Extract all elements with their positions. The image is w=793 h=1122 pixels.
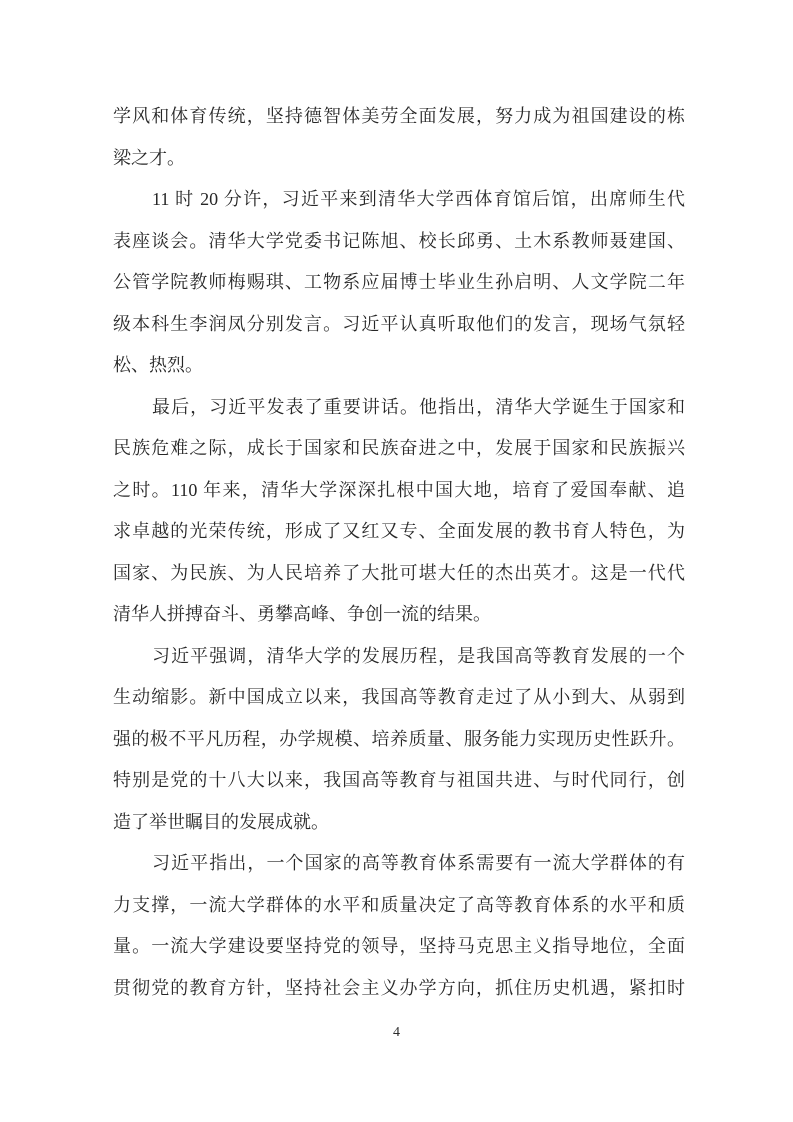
text-line: 求卓越的光荣传统，形成了又红又专、全面发展的教书育人特色，为 (113, 511, 685, 553)
text-line: 松、热烈。 (113, 345, 685, 387)
page-number: 4 (0, 1023, 793, 1043)
text-line: 梁之才。 (113, 138, 685, 180)
text-line: 贯彻党的教育方针，坚持社会主义办学方向，抓住历史机遇，紧扣时 (113, 968, 685, 1010)
text-line: 学风和体育传统，坚持德智体美劳全面发展，努力成为祖国建设的栋 (113, 96, 685, 138)
paragraph: 学风和体育传统，坚持德智体美劳全面发展，努力成为祖国建设的栋梁之才。 (113, 96, 685, 179)
document-body: 学风和体育传统，坚持德智体美劳全面发展，努力成为祖国建设的栋梁之才。11 时 2… (113, 96, 685, 1009)
text-line: 习近平强调，清华大学的发展历程，是我国高等教育发展的一个 (113, 636, 685, 678)
text-line: 表座谈会。清华大学党委书记陈旭、校长邱勇、土木系教师聂建国、 (113, 221, 685, 263)
paragraph: 习近平指出，一个国家的高等教育体系需要有一流大学群体的有力支撑，一流大学群体的水… (113, 843, 685, 1009)
text-line: 最后，习近平发表了重要讲话。他指出，清华大学诞生于国家和 (113, 387, 685, 429)
text-line: 造了举世瞩目的发展成就。 (113, 802, 685, 844)
text-line: 强的极不平凡历程，办学规模、培养质量、服务能力实现历史性跃升。 (113, 719, 685, 761)
paragraph: 最后，习近平发表了重要讲话。他指出，清华大学诞生于国家和民族危难之际，成长于国家… (113, 387, 685, 636)
text-line: 国家、为民族、为人民培养了大批可堪大任的杰出英才。这是一代代 (113, 553, 685, 595)
text-line: 力支撑，一流大学群体的水平和质量决定了高等教育体系的水平和质 (113, 885, 685, 927)
text-line: 级本科生李润凤分别发言。习近平认真听取他们的发言，现场气氛轻 (113, 304, 685, 346)
text-line: 公管学院教师梅赐琪、工物系应届博士毕业生孙启明、人文学院二年 (113, 262, 685, 304)
text-line: 民族危难之际，成长于国家和民族奋进之中，发展于国家和民族振兴 (113, 428, 685, 470)
text-line: 清华人拼搏奋斗、勇攀高峰、争创一流的结果。 (113, 594, 685, 636)
text-line: 生动缩影。新中国成立以来，我国高等教育走过了从小到大、从弱到 (113, 677, 685, 719)
text-line: 11 时 20 分许，习近平来到清华大学西体育馆后馆，出席师生代 (113, 179, 685, 221)
document-page: 学风和体育传统，坚持德智体美劳全面发展，努力成为祖国建设的栋梁之才。11 时 2… (0, 0, 793, 1122)
text-line: 量。一流大学建设要坚持党的领导，坚持马克思主义指导地位，全面 (113, 926, 685, 968)
paragraph: 11 时 20 分许，习近平来到清华大学西体育馆后馆，出席师生代表座谈会。清华大… (113, 179, 685, 387)
text-line: 之时。110 年来，清华大学深深扎根中国大地，培育了爱国奉献、追 (113, 470, 685, 512)
paragraph: 习近平强调，清华大学的发展历程，是我国高等教育发展的一个生动缩影。新中国成立以来… (113, 636, 685, 844)
text-line: 特别是党的十八大以来，我国高等教育与祖国共进、与时代同行，创 (113, 760, 685, 802)
text-line: 习近平指出，一个国家的高等教育体系需要有一流大学群体的有 (113, 843, 685, 885)
